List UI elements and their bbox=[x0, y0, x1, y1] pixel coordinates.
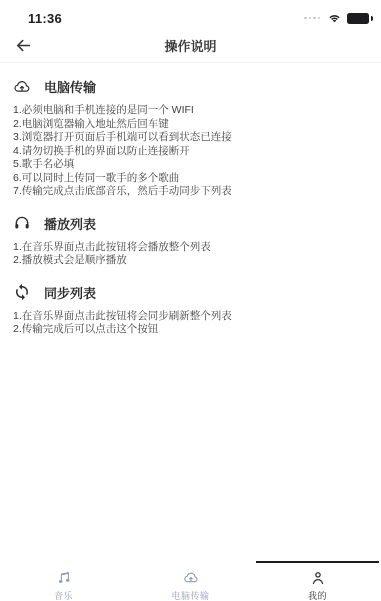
active-tab-indicator bbox=[256, 561, 379, 563]
cloud-upload-icon bbox=[183, 570, 199, 586]
tab-label: 音乐 bbox=[54, 589, 73, 601]
section-items: 1.必须电脑和手机连接的是同一个 WIFI 2.电脑浏览器输入地址然后回车键 3… bbox=[13, 104, 367, 199]
tab-label: 我的 bbox=[308, 589, 327, 601]
list-item: 2.播放模式会是顺序播放 bbox=[13, 254, 367, 268]
status-time: 11:36 bbox=[28, 11, 62, 26]
back-button[interactable] bbox=[14, 36, 33, 55]
arrow-left-icon bbox=[14, 36, 33, 55]
wifi-icon bbox=[327, 12, 342, 24]
section-title: 同步列表 bbox=[44, 283, 96, 302]
tab-bar: 音乐 电脑传输 我的 bbox=[0, 561, 381, 601]
section-title: 电脑传输 bbox=[44, 77, 96, 96]
tab-label: 电脑传输 bbox=[171, 589, 209, 601]
section-title: 播放列表 bbox=[44, 214, 96, 233]
list-item: 1.必须电脑和手机连接的是同一个 WIFI bbox=[13, 104, 367, 118]
tab-computer-transfer[interactable]: 电脑传输 bbox=[127, 561, 254, 601]
section-computer-transfer: 电脑传输 1.必须电脑和手机连接的是同一个 WIFI 2.电脑浏览器输入地址然后… bbox=[13, 77, 367, 199]
status-bar: 11:36 bbox=[0, 0, 381, 28]
list-item: 5.歌手名必填 bbox=[13, 158, 367, 172]
cloud-upload-icon bbox=[13, 78, 31, 96]
section-header: 同步列表 bbox=[13, 283, 367, 302]
instructions-content: 电脑传输 1.必须电脑和手机连接的是同一个 WIFI 2.电脑浏览器输入地址然后… bbox=[0, 63, 381, 337]
person-icon bbox=[310, 570, 326, 586]
cellular-dots-icon bbox=[304, 17, 320, 20]
tab-music[interactable]: 音乐 bbox=[0, 561, 127, 601]
section-playlist: 播放列表 1.在音乐界面点击此按钮将会播放整个列表 2.播放模式会是顺序播放 bbox=[13, 214, 367, 268]
tab-mine[interactable]: 我的 bbox=[254, 561, 381, 601]
section-items: 1.在音乐界面点击此按钮将会播放整个列表 2.播放模式会是顺序播放 bbox=[13, 241, 367, 268]
list-item: 2.电脑浏览器输入地址然后回车键 bbox=[13, 118, 367, 132]
list-item: 4.请勿切换手机的界面以防止连接断开 bbox=[13, 145, 367, 159]
nav-bar: 操作说明 bbox=[0, 28, 381, 63]
section-header: 电脑传输 bbox=[13, 77, 367, 96]
list-item: 6.可以同时上传同一歌手的多个歌曲 bbox=[13, 172, 367, 186]
list-item: 1.在音乐界面点击此按钮将会同步刷新整个列表 bbox=[13, 310, 367, 324]
list-item: 7.传输完成点击底部音乐，然后手动同步下列表 bbox=[13, 185, 367, 199]
page-title: 操作说明 bbox=[0, 36, 381, 55]
status-icons bbox=[304, 12, 369, 24]
headphones-icon bbox=[13, 214, 31, 232]
section-header: 播放列表 bbox=[13, 214, 367, 233]
list-item: 3.浏览器打开页面后手机端可以看到状态已连接 bbox=[13, 131, 367, 145]
section-sync-list: 同步列表 1.在音乐界面点击此按钮将会同步刷新整个列表 2.传输完成后可以点击这… bbox=[13, 283, 367, 337]
music-note-icon bbox=[56, 570, 72, 586]
battery-icon bbox=[347, 13, 369, 24]
list-item: 1.在音乐界面点击此按钮将会播放整个列表 bbox=[13, 241, 367, 255]
list-item: 2.传输完成后可以点击这个按钮 bbox=[13, 323, 367, 337]
section-items: 1.在音乐界面点击此按钮将会同步刷新整个列表 2.传输完成后可以点击这个按钮 bbox=[13, 310, 367, 337]
sync-icon bbox=[13, 283, 31, 301]
